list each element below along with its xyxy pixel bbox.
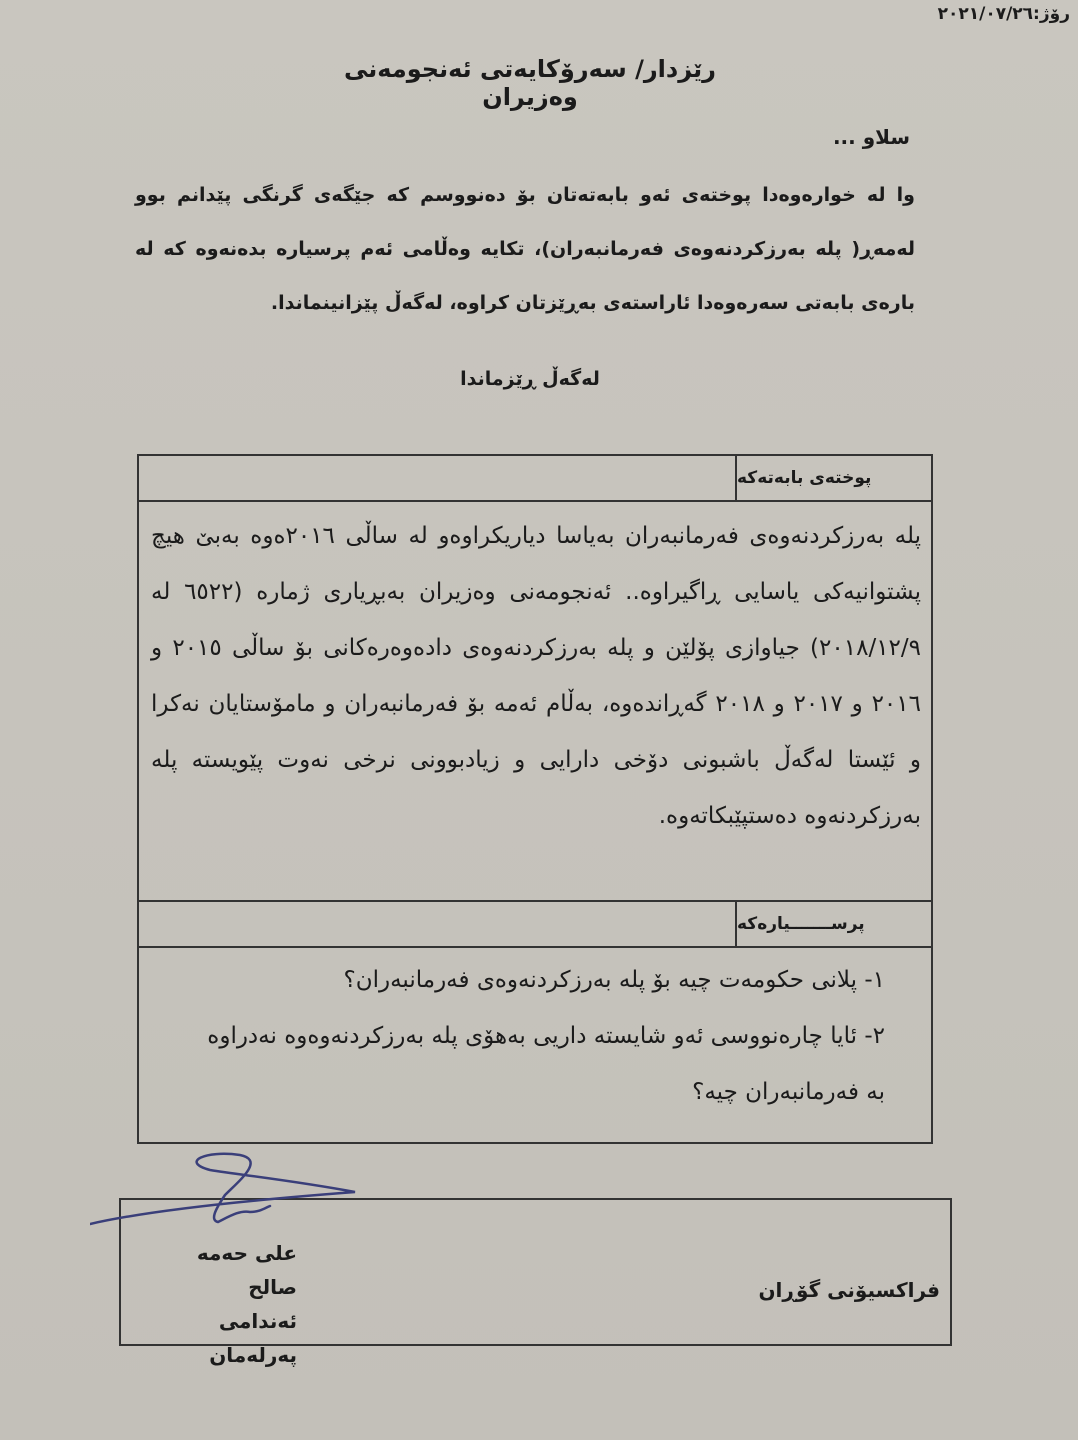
regards-line: لەگەڵ ڕێزماندا <box>380 368 680 390</box>
summary-text: پلە بەرزکردنەوەی فەرمانبەران بەیاسا دیار… <box>151 508 921 844</box>
faction-name: فراکسیۆنی گۆڕان <box>758 1278 940 1302</box>
summary-label: پوختەی بابەتەکە <box>735 456 931 500</box>
greeting: سلاو ... <box>833 125 910 149</box>
summary-header-row: پوختەی بابەتەکە <box>139 456 931 502</box>
question-1: ١- پلانی حکومەت چیە بۆ پلە بەرزکردنەوەی … <box>189 952 885 1008</box>
signer-block: علی حەمە صالح ئەندامی پەرلەمان <box>147 1236 297 1372</box>
signature-scribble-icon <box>90 1150 370 1240</box>
document-date: رۆژ:٢٠٢١/٠٧/٢٦ <box>938 4 1070 24</box>
signer-name: علی حەمە صالح <box>147 1236 297 1304</box>
signer-role: ئەندامی پەرلەمان <box>147 1304 297 1372</box>
question-label: پرســـــــیارەکە <box>735 902 931 946</box>
document-title: رێزدار/ سەرۆکایەتی ئەنجومەنی وەزیران <box>300 55 760 111</box>
question-header-row: پرســـــــیارەکە <box>139 900 931 948</box>
question-2: ٢- ئایا چارەنووسی ئەو شایستە داریی بەهۆی… <box>189 1008 885 1120</box>
question-table: پوختەی بابەتەکە پلە بەرزکردنەوەی فەرمانب… <box>137 454 933 1144</box>
intro-paragraph: وا لە خوارەوەدا پوختەی ئەو بابەتەتان بۆ … <box>135 168 915 330</box>
